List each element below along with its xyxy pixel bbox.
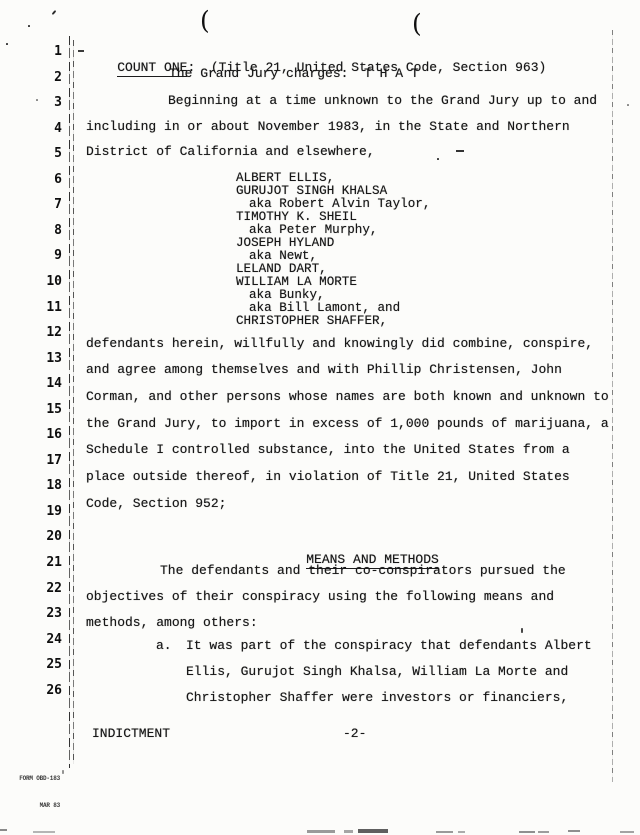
photocopy-paren-artifact: ( [412,9,422,38]
scanner-noise [538,831,549,833]
line-number: 9 [0,248,62,263]
charge-line: place outside thereof, in violation of T… [86,469,570,484]
line-number: 4 [0,121,62,136]
line-number: 26 [0,683,62,698]
scan-speck [437,158,439,160]
scanner-noise [33,831,55,833]
charge-line: the Grand Jury, to import in excess of 1… [86,416,609,431]
means-paragraph-line: objectives of their conspiracy using the… [86,589,554,604]
right-margin-rule [612,30,613,782]
means-paragraph-line: The defendants and their co-conspirators… [160,563,566,578]
scan-speck [36,99,38,101]
scanner-noise [620,831,634,833]
form-stamp-date: MAR 83 [14,801,60,810]
line-number: 10 [0,274,62,289]
scanner-noise [458,831,465,833]
defendant-name: CHRISTOPHER SHAFFER, [236,314,387,329]
line-number: 14 [0,376,62,391]
charge-line: and agree among themselves and with Phil… [86,362,562,377]
photocopy-paren-artifact: ( [200,6,210,35]
intro-line: including in or about November 1983, in … [86,119,570,134]
line-number: 8 [0,223,62,238]
line-number: 24 [0,632,62,647]
indictment-page: ( ( 123456789101112131415161718192021222… [0,0,640,835]
line-number: 22 [0,581,62,596]
scanner-noise [0,829,7,831]
charge-line: Code, Section 952; [86,496,226,511]
line-number: 21 [0,555,62,570]
line-number: 13 [0,351,62,366]
line-number: 25 [0,657,62,672]
list-item-a-line: Christopher Shaffer were investors or fi… [186,690,568,705]
scanner-noise [436,831,453,833]
scan-speck [627,104,629,106]
charge-line: Schedule I controlled substance, into th… [86,442,570,457]
left-margin-rule-outer [69,36,70,768]
line-number: 20 [0,529,62,544]
line-number: 6 [0,172,62,187]
scan-speck [62,770,64,774]
scanner-noise [344,830,353,833]
line-number: 12 [0,325,62,340]
list-item-a-line: It was part of the conspiracy that defen… [186,638,592,653]
form-stamp: FORM OBD-183 MAR 83 [14,756,60,828]
charge-line: Corman, and other persons whose names ar… [86,389,609,404]
line-number: 23 [0,606,62,621]
scanner-noise [519,831,535,833]
line-number: 5 [0,146,62,161]
line-number: 2 [0,70,62,85]
scan-speck [52,10,57,15]
intro-line: District of California and elsewhere, [86,144,375,159]
line-number: 17 [0,453,62,468]
list-item-a-line: Ellis, Gurujot Singh Khalsa, William La … [186,664,568,679]
scan-speck [521,628,523,633]
footer-doc-label: INDICTMENT [92,726,170,741]
line-number: 18 [0,478,62,493]
list-item-a-marker: a. [156,638,172,653]
form-stamp-number: FORM OBD-183 [14,774,60,783]
line-number: 3 [0,95,62,110]
scanner-noise [358,829,388,833]
scan-dash [456,150,464,152]
line-number: 1 [0,44,62,59]
scanner-noise [307,830,335,833]
line-number: 19 [0,504,62,519]
line-number: 7 [0,197,62,212]
means-paragraph-line: methods, among others: [86,615,258,630]
intro-line: Beginning at a time unknown to the Grand… [168,93,597,108]
scan-speck [6,43,8,45]
scan-dash [78,50,84,52]
left-margin-rule-inner [73,40,74,764]
footer-page-number: -2- [343,726,366,741]
charge-line: defendants herein, willfully and knowing… [86,336,593,351]
line-number: 11 [0,300,62,315]
scan-speck [28,25,30,27]
intro-line: The Grand Jury charges: T H A T [169,66,419,81]
line-number: 16 [0,427,62,442]
line-number: 15 [0,402,62,417]
scanner-noise [568,830,580,832]
